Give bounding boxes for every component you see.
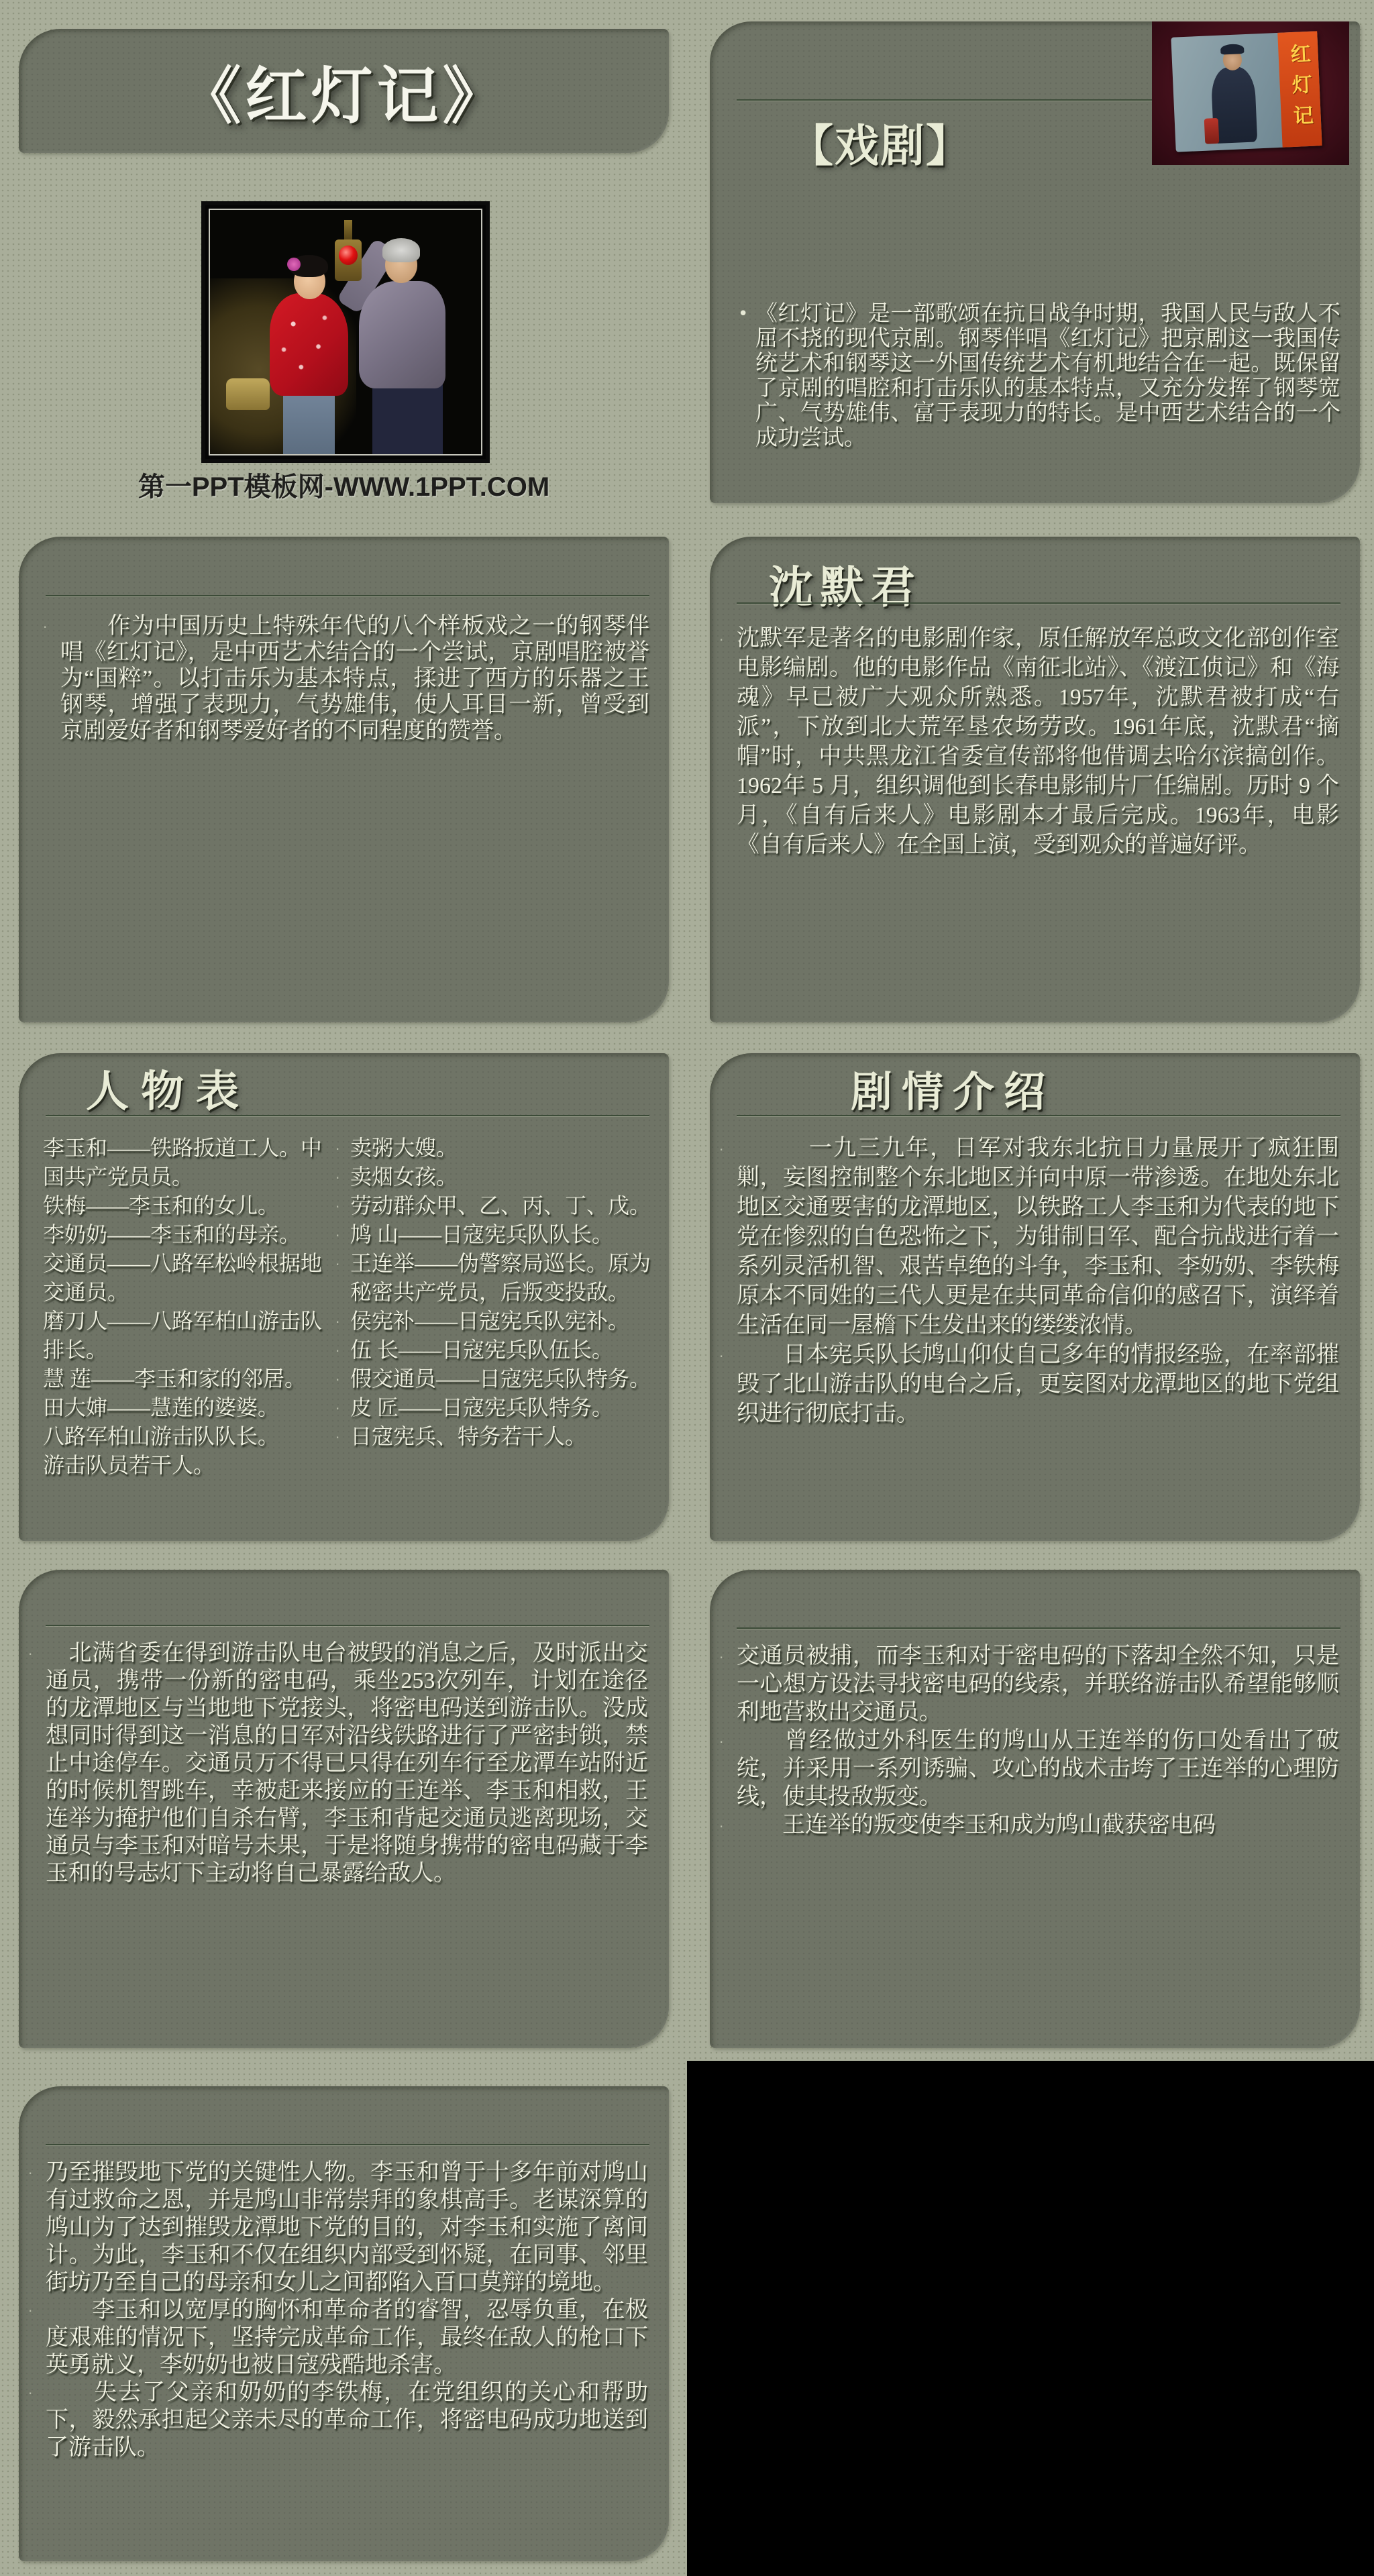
bullet-marker: · (335, 1135, 339, 1164)
paragraph: · 北满省委在得到游击队电台被毁的消息之后，及时派出交通员，携带一份新的密电码，… (46, 1640, 648, 1887)
slide-body: · 北满省委在得到游击队电台被毁的消息之后，及时派出交通员，携带一份新的密电码，… (46, 1640, 648, 1887)
cast-left-column: 李玉和——铁路扳道工人。中国共产党员员。 铁梅——李玉和的女儿。 李奶奶——李玉… (43, 1134, 333, 1480)
cover-red-lantern (1204, 118, 1220, 144)
cover-man-cap (1220, 44, 1244, 55)
slide-body: ·交通员被捕，而李玉和对于密电码的下落却全然不知，只是一心想方设法寻找密电码的线… (737, 1642, 1339, 1839)
paragraph: ·沈默军是著名的电影剧作家，原任解放军总政文化部创作室电影编剧。他的电影作品《南… (737, 624, 1339, 860)
stage-prop-basket (226, 378, 270, 410)
cast-entry: 李玉和——铁路扳道工人。中国共产党员员。 (43, 1134, 333, 1191)
stage-photo (201, 201, 490, 463)
title-divider (46, 595, 649, 596)
bullet-marker: · (335, 1164, 339, 1193)
bullet-marker: · (335, 1308, 339, 1337)
tiemei-red-floral-jacket (270, 293, 348, 396)
bullet-marker: · (719, 1813, 723, 1841)
cast-entry: ·皮 匠——日寇宪兵队特务。 (350, 1393, 653, 1422)
cast-entry: 交通员——八路军松岭根据地交通员。 (43, 1249, 333, 1307)
slide-5-cast-list[interactable]: 人物表 李玉和——铁路扳道工人。中国共产党员员。 铁梅——李玉和的女儿。 李奶奶… (19, 1053, 669, 1541)
slide-body: •《红灯记》是一部歌颂在抗日战争时期，我国人民与敌人不屈不挠的现代京剧。钢琴伴唱… (755, 302, 1340, 451)
slide-body: ·沈默军是著名的电影剧作家，原任解放军总政文化部创作室电影编剧。他的电影作品《南… (737, 624, 1339, 860)
slide-title: 人物表 (86, 1057, 251, 1119)
book-cover: 红灯记 (1171, 32, 1322, 153)
cover-title-text: 红灯记 (1283, 42, 1316, 136)
slide-body: · 一九三九年，日军对我东北抗日力量展开了疯狂围剿，妄图控制整个东北地区并向中原… (737, 1134, 1339, 1429)
grandma-gray-jacket (359, 281, 445, 388)
paragraph: · 日本宪兵队长鸠山仰仗自己多年的情报经验，在率部摧毁了北山游击队的电台之后，更… (737, 1340, 1339, 1429)
slide-4-shen-mo-jun[interactable]: 沈默君 ·沈默军是著名的电影剧作家，原任解放军总政文化部创作室电影编剧。他的电影… (710, 537, 1360, 1022)
book-cover-photo: 红灯记 (1152, 21, 1349, 165)
bullet-marker: · (28, 2298, 32, 2325)
stage-photo-frame (209, 209, 482, 455)
cast-entry: 铁梅——李玉和的女儿。 (43, 1191, 333, 1220)
bullet-marker: · (719, 1644, 723, 1672)
paragraph: · 李玉和以宽厚的胸怀和革命者的睿智，忍辱负重，在极度艰难的情况下，坚持完成革命… (46, 2296, 648, 2379)
paragraph: ·交通员被捕，而李玉和对于密电码的下落却全然不知，只是一心想方设法寻找密电码的线… (737, 1642, 1339, 1727)
cast-entry: 磨刀人——八路军柏山游击队排长。 (43, 1307, 333, 1364)
cast-entry: 田大婶——慧莲的婆婆。 (43, 1393, 333, 1422)
bullet-marker: · (719, 1135, 723, 1165)
slide-title: 沈默君 (769, 551, 922, 615)
slide-title: 【戏剧】 (789, 110, 971, 174)
bullet-marker: · (43, 614, 47, 641)
cast-entry: ·卖粥大嫂。 (350, 1134, 653, 1163)
paragraph: •《红灯记》是一部歌颂在抗日战争时期，我国人民与敌人不屈不挠的现代京剧。钢琴伴唱… (755, 302, 1340, 451)
cast-entry: 李奶奶——李玉和的母亲。 (43, 1220, 333, 1249)
cast-entry: ·伍 长——日寇宪兵队伍长。 (350, 1336, 653, 1364)
cast-entry: ·日寇宪兵、特务若干人。 (350, 1422, 653, 1451)
red-lantern-handle (344, 220, 352, 242)
cast-entry: 慧 莲——李玉和家的邻居。 (43, 1364, 333, 1393)
bullet-marker: · (719, 1342, 723, 1371)
bullet-marker: · (335, 1424, 339, 1452)
slide-6-plot-introduction[interactable]: 剧情介绍 · 一九三九年，日军对我东北抗日力量展开了疯狂围剿，妄图控制整个东北地… (710, 1053, 1360, 1541)
slide-7-plot-part-2[interactable]: · 北满省委在得到游击队电台被毁的消息之后，及时派出交通员，携带一份新的密电码，… (19, 1570, 669, 2048)
cast-entry: ·劳动群众甲、乙、丙、丁、戊。 (350, 1191, 653, 1220)
slide-3-overview[interactable]: · 作为中国历史上特殊年代的八个样板戏之一的钢琴伴唱《红灯记》，是中西艺术结合的… (19, 537, 669, 1022)
bullet-marker: · (335, 1222, 339, 1250)
cast-entry: ·卖烟女孩。 (350, 1163, 653, 1191)
slide-1-title-band[interactable]: 《红灯记》 (19, 29, 669, 153)
watermark-caption: 第一PPT模板网-WWW.1PPT.COM (19, 466, 669, 504)
bullet-marker: · (335, 1395, 339, 1424)
paragraph: · 一九三九年，日军对我东北抗日力量展开了疯狂围剿，妄图控制整个东北地区并向中原… (737, 1134, 1339, 1340)
cast-entry: ·鸠 山——日寇宪兵队队长。 (350, 1220, 653, 1249)
paragraph: · 失去了父亲和奶奶的李铁梅，在党组织的关心和帮助下，毅然承担起父亲未尽的革命工… (46, 2379, 648, 2461)
slide-body: ·乃至摧毁地下党的关键性人物。李玉和曾于十多年前对鸠山有过救命之恩，并是鸠山非常… (46, 2159, 648, 2461)
slide-2-drama[interactable]: 【戏剧】 红灯记 •《红灯记》是一部歌颂在抗日战争时期，我国人民与敌人不屈不挠的… (710, 21, 1360, 503)
bullet-marker: · (335, 1337, 339, 1366)
slide-title: 剧情介绍 (851, 1059, 1055, 1118)
title-divider (737, 1627, 1340, 1629)
bullet-marker: · (28, 2160, 32, 2188)
presentation-slide-sorter: 《红灯记》 第一PPT模板网-WWW.1PPT.COM 【戏剧】 (0, 0, 1374, 2576)
slide-9-plot-part-4[interactable]: ·乃至摧毁地下党的关键性人物。李玉和曾于十多年前对鸠山有过救命之恩，并是鸠山非常… (19, 2086, 669, 2561)
paragraph: ·乃至摧毁地下党的关键性人物。李玉和曾于十多年前对鸠山有过救命之恩，并是鸠山非常… (46, 2159, 648, 2296)
title-divider (46, 1625, 649, 1626)
paragraph: · 曾经做过外科医生的鸠山从王连举的伤口处看出了破绽，并采用一系列诱骗、攻心的战… (737, 1727, 1339, 1811)
bullet-marker: · (28, 1641, 32, 1668)
grandma-gray-hair (382, 238, 421, 262)
bullet-marker: · (335, 1366, 339, 1395)
bullet-marker: · (335, 1250, 339, 1279)
bullet-marker: · (335, 1193, 339, 1222)
cast-right-column: ·卖粥大嫂。 ·卖烟女孩。 ·劳动群众甲、乙、丙、丁、戊。 ·鸠 山——日寇宪兵… (350, 1134, 653, 1451)
cast-entry: ·假交通员——日寇宪兵队特务。 (350, 1364, 653, 1393)
cover-title-stripe: 红灯记 (1277, 32, 1322, 148)
title-divider (737, 1115, 1340, 1116)
title-divider (46, 1115, 649, 1116)
slide-8-plot-part-3[interactable]: ·交通员被捕，而李玉和对于密电码的下落却全然不知，只是一心想方设法寻找密电码的线… (710, 1570, 1360, 2048)
bullet-marker: · (28, 2380, 32, 2408)
title-divider (737, 602, 1340, 604)
bullet-marker: · (719, 1728, 723, 1756)
empty-black-region (687, 2061, 1374, 2576)
tiemei-pants (283, 388, 335, 454)
deck-title: 《红灯记》 (19, 29, 669, 153)
cast-entry: 八路军柏山游击队队长。 (43, 1422, 333, 1451)
bullet-marker: · (719, 625, 723, 655)
red-lantern-lens (339, 246, 358, 265)
slide-body: · 作为中国历史上特殊年代的八个样板戏之一的钢琴伴唱《红灯记》，是中西艺术结合的… (60, 613, 649, 744)
paragraph: · 作为中国历史上特殊年代的八个样板戏之一的钢琴伴唱《红灯记》，是中西艺术结合的… (60, 613, 649, 744)
title-divider (46, 2144, 649, 2145)
bullet-marker: • (738, 302, 748, 327)
cast-entry: ·王连举——伪警察局巡长。原为秘密共产党员，后叛变投敌。 (350, 1249, 653, 1307)
cast-entry: ·侯宪补——日寇宪兵队宪补。 (350, 1307, 653, 1336)
cast-entry: 游击队员若干人。 (43, 1451, 333, 1480)
paragraph: · 王连举的叛变使李玉和成为鸠山截获密电码 (737, 1811, 1339, 1839)
